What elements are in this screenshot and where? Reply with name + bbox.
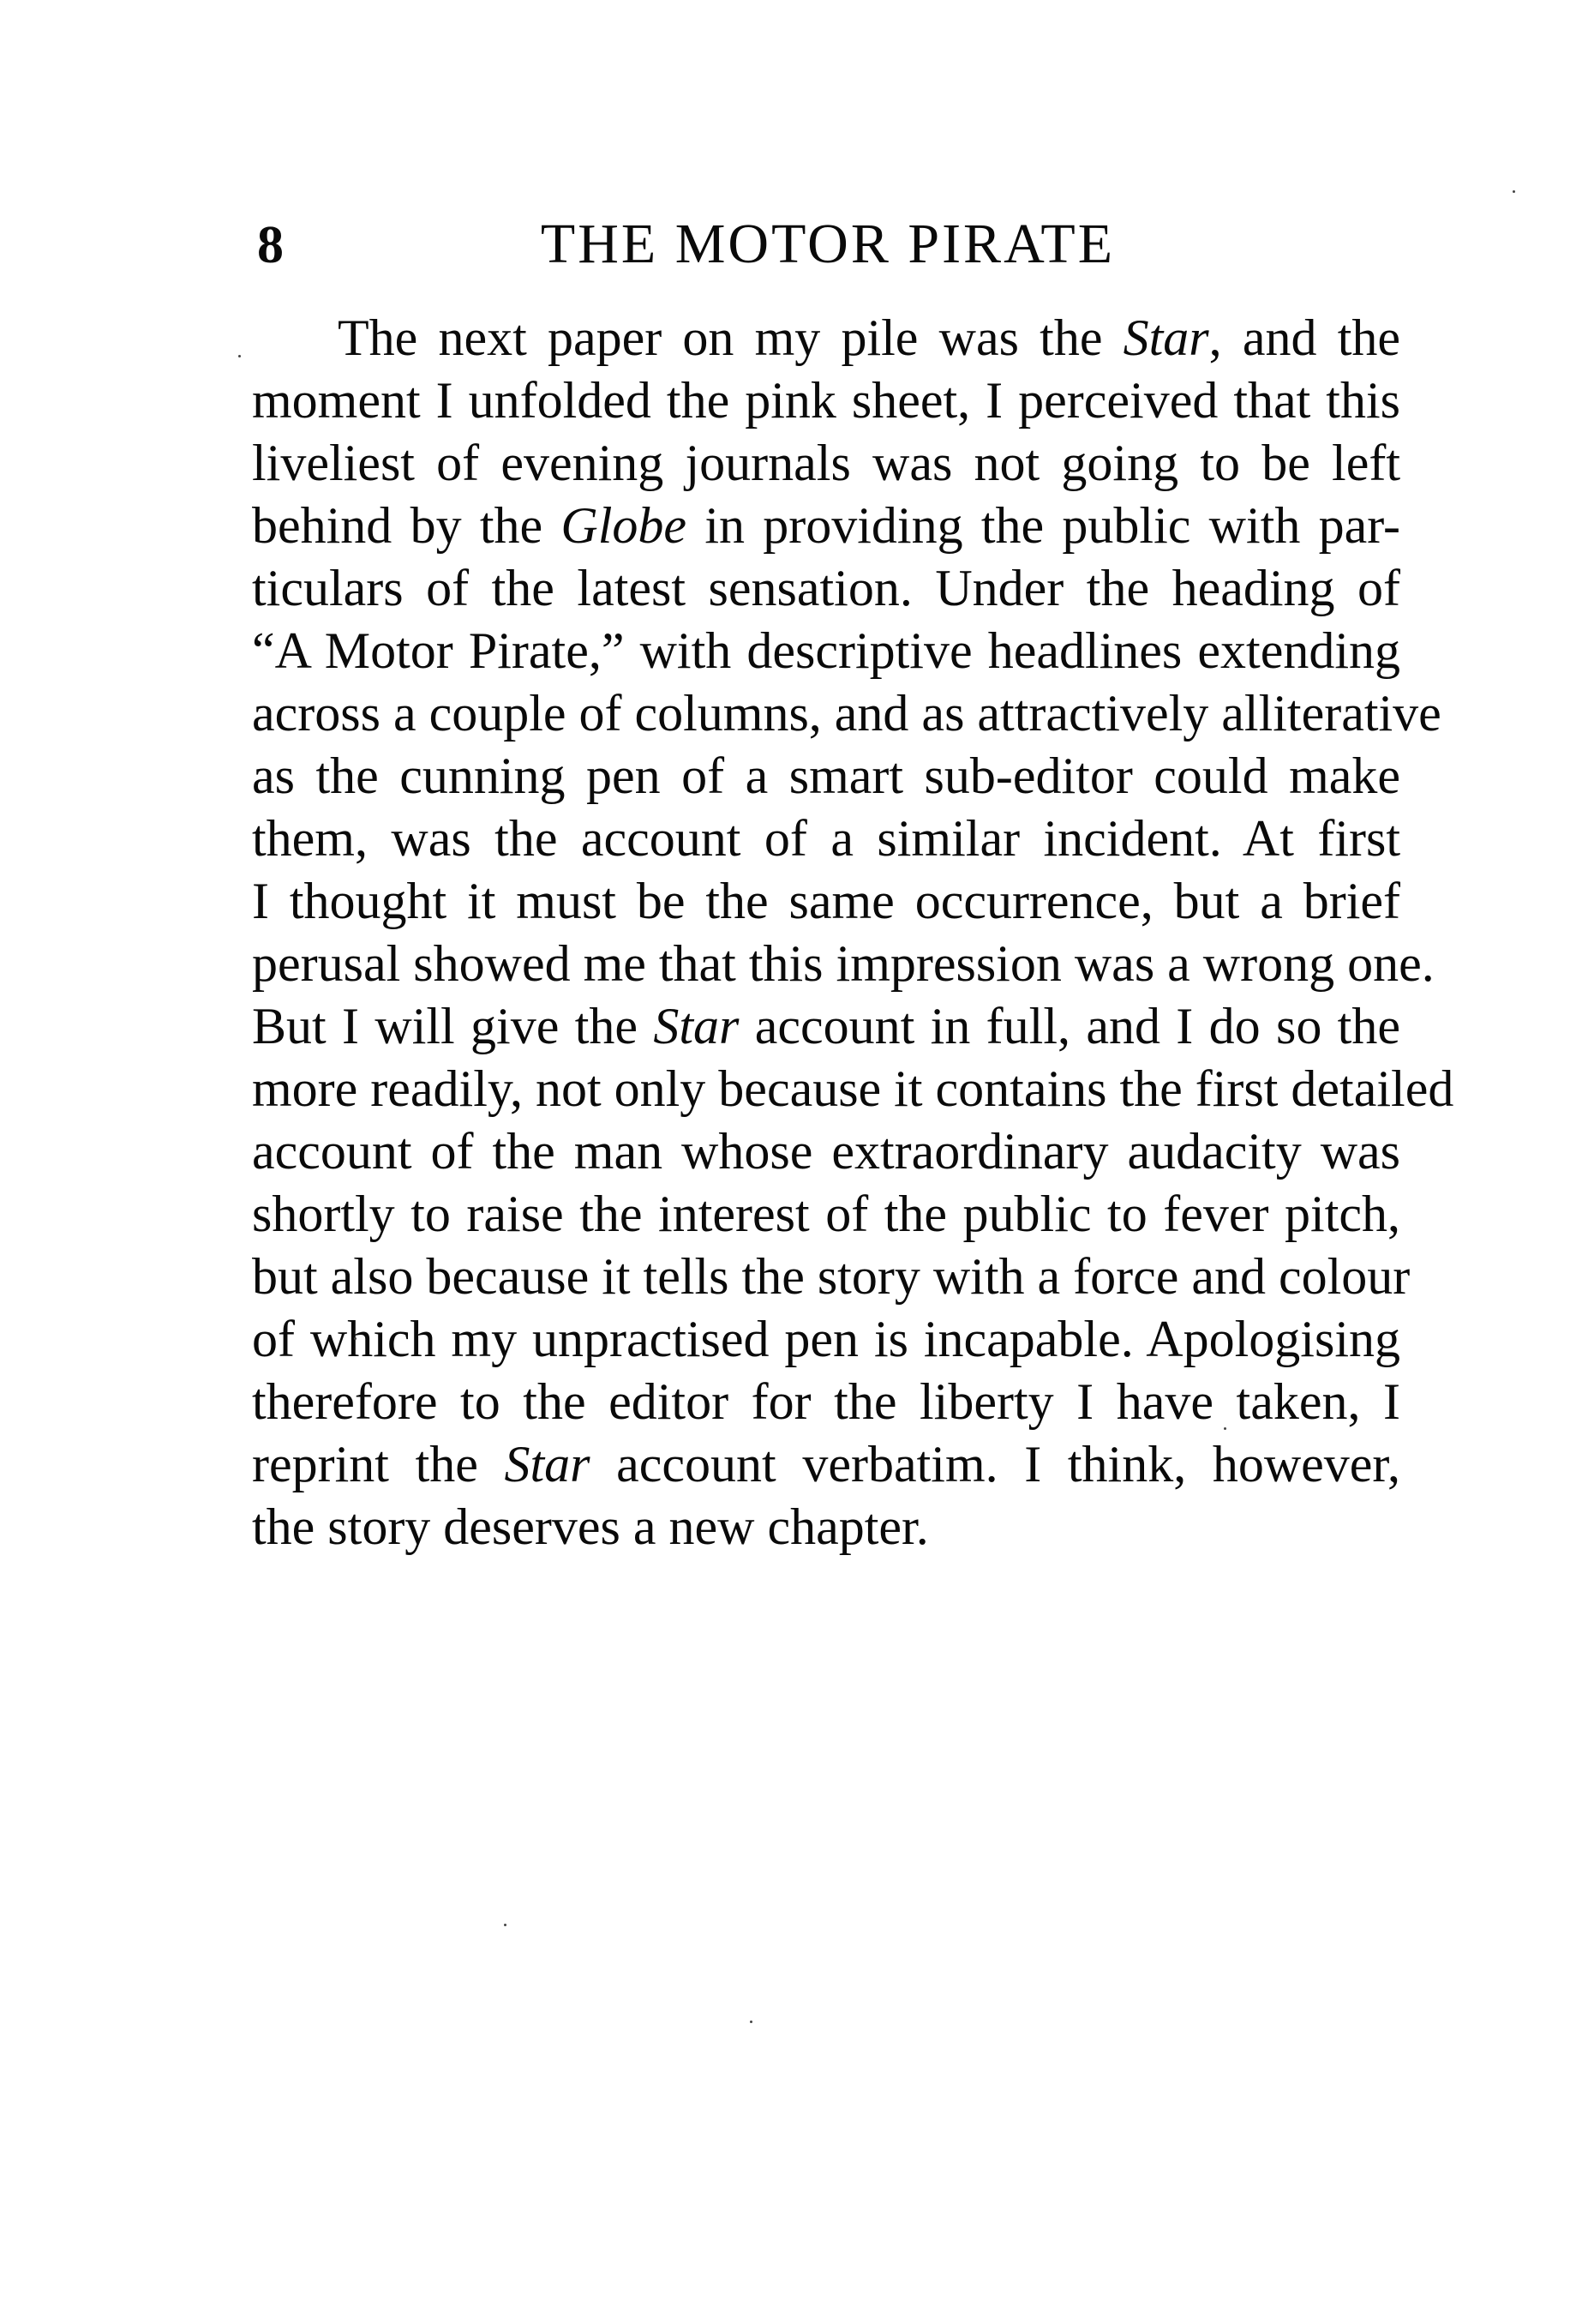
scan-speck (1513, 190, 1515, 193)
text-line: perusal showed me that this impression w… (252, 933, 1400, 995)
text-line: “A Motor Pirate,” with descriptive headl… (252, 620, 1400, 682)
text-line: but also because it tells the story with… (252, 1246, 1400, 1308)
scan-speck (1224, 1427, 1226, 1430)
text-line: shortly to raise the interest of the pub… (252, 1183, 1400, 1246)
text-line: as the cunning pen of a smart sub-editor… (252, 745, 1400, 808)
text-line: I thought it must be the same occurrence… (252, 870, 1400, 933)
text-line: moment I unfolded the pink sheet, I perc… (252, 369, 1400, 432)
text-line: behind by the Globe in providing the pub… (252, 495, 1400, 557)
text-line: of which my unpractised pen is incapable… (252, 1308, 1400, 1371)
text-line: the story deserves a new chapter. (252, 1496, 1400, 1558)
text-line: therefore to the editor for the liberty … (252, 1371, 1400, 1433)
text-line: liveliest of evening journals was not go… (252, 432, 1400, 495)
scan-speck (238, 355, 241, 357)
text-line: ticulars of the latest sensation. Under … (252, 557, 1400, 620)
scan-speck (504, 1924, 506, 1926)
scan-speck (750, 2021, 752, 2023)
page-number: 8 (257, 219, 284, 272)
text-line: account of the man whose extraordinary a… (252, 1120, 1400, 1183)
scan-speck (354, 1337, 357, 1340)
body-paragraph: The next paper on my pile was the Star, … (252, 307, 1400, 1558)
text-line: reprint the Star account verbatim. I thi… (252, 1433, 1400, 1496)
text-line: But I will give the Star account in full… (252, 995, 1400, 1058)
text-line: them, was the account of a similar incid… (252, 808, 1400, 870)
text-line: across a couple of columns, and as attra… (252, 682, 1400, 745)
text-line: The next paper on my pile was the Star, … (252, 307, 1400, 369)
running-title: THE MOTOR PIRATE (497, 216, 1159, 273)
text-line: more readily, not only because it contai… (252, 1058, 1400, 1120)
